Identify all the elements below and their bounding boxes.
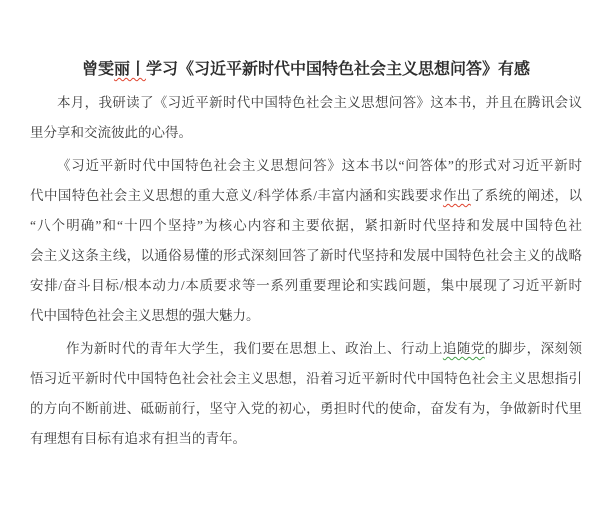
line-text-before: 代中国特色社会主义思想的重大意义/科学体系/丰富内涵和实践要求 bbox=[30, 188, 443, 203]
paragraph-3: 作为新时代的青年大学生，我们要在思想上、政治上、行动上追随党的脚步，深刻领 悟习… bbox=[30, 334, 582, 454]
text-line[interactable]: “八个明确”和“十四个坚持”为核心内容和主要依据，紧扣新时代坚持和发展中国特色社 bbox=[30, 211, 582, 241]
title-text-before: 曾雯 bbox=[82, 61, 114, 78]
spell-error-text: 作出 bbox=[443, 188, 471, 203]
text-line[interactable]: 悟习近平新时代中国特色社会社会主义思想，沿着习近平新时代中国特色社会主义思想指引 bbox=[30, 364, 582, 394]
text-line[interactable]: 作为新时代的青年大学生，我们要在思想上、政治上、行动上追随党的脚步，深刻领 bbox=[30, 334, 582, 364]
text-line[interactable]: 代中国特色社会主义思想的强大魅力。 bbox=[30, 301, 582, 331]
line-text-before: 作为新时代的青年大学生，我们要在思想上、政治上、行动上 bbox=[66, 341, 443, 356]
text-line[interactable]: 会主义这条主线，以通俗易懂的形式深刻回答了新时代坚持和发展中国特色社会主义的战略 bbox=[30, 241, 582, 271]
text-line[interactable]: 《习近平新时代中国特色社会主义思想问答》这本书以“问答体”的形式对习近平新时 bbox=[30, 151, 582, 181]
text-line[interactable]: 代中国特色社会主义思想的重大意义/科学体系/丰富内涵和实践要求作出了系统的阐述，… bbox=[30, 181, 582, 211]
text-line[interactable]: 的方向不断前进、砥砺前行，坚守入党的初心，勇担时代的使命，奋发有为，争做新时代里 bbox=[30, 394, 582, 424]
text-line[interactable]: 本月，我研读了《习近平新时代中国特色社会主义思想问答》这本书，并且在腾讯会议 bbox=[30, 88, 582, 118]
document-page[interactable]: 曾雯丽丨学习《习近平新时代中国特色社会主义思想问答》有感 本月，我研读了《习近平… bbox=[0, 0, 612, 510]
text-line[interactable]: 里分享和交流彼此的心得。 bbox=[30, 118, 582, 148]
paragraph-1: 本月，我研读了《习近平新时代中国特色社会主义思想问答》这本书，并且在腾讯会议 里… bbox=[30, 88, 582, 148]
title-spell-error-text: 丽丨 bbox=[114, 61, 146, 78]
document-title[interactable]: 曾雯丽丨学习《习近平新时代中国特色社会主义思想问答》有感 bbox=[30, 55, 582, 85]
text-line[interactable]: 有理想有目标有追求有担当的青年。 bbox=[30, 424, 582, 454]
line-text-after: 了系统的阐述，以 bbox=[471, 188, 582, 203]
line-text-after: 的脚步，深刻领 bbox=[485, 341, 582, 356]
paragraph-2: 《习近平新时代中国特色社会主义思想问答》这本书以“问答体”的形式对习近平新时 代… bbox=[30, 151, 582, 331]
grammar-error-text: 追随党 bbox=[443, 341, 485, 356]
text-line[interactable]: 安排/奋斗目标/根本动力/本质要求等一系列重要理论和实践问题，集中展现了习近平新… bbox=[30, 271, 582, 301]
title-text-after: 学习《习近平新时代中国特色社会主义思想问答》有感 bbox=[146, 61, 530, 78]
